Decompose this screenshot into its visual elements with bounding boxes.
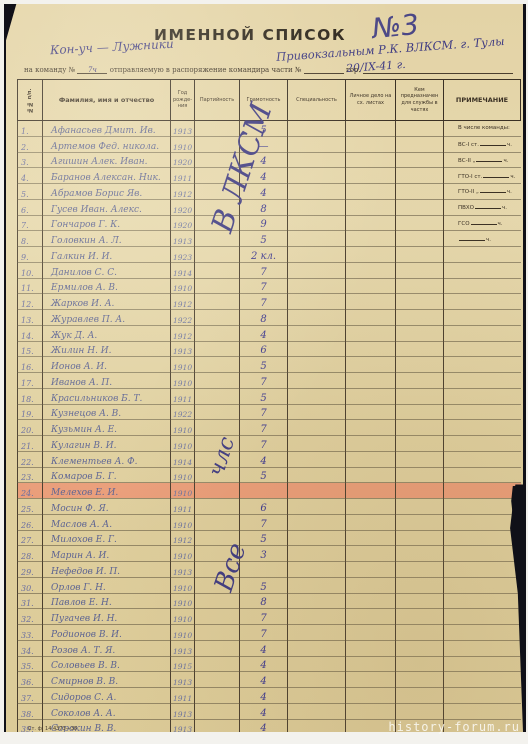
table-row: 3.Агишин Алек. Иван.19204ВС-II „ч. (18, 152, 521, 168)
table-row: 29.Нефедов И. П.1913 (18, 562, 521, 578)
col-header-name: Фамилия, имя и отчество (43, 80, 171, 121)
note-cell (444, 703, 521, 719)
row-number: 10. (18, 262, 43, 278)
row-specialty (288, 136, 346, 152)
row-assignment (396, 404, 444, 420)
note-item-label: ВС-I ст. (458, 142, 479, 148)
row-personal-file (346, 325, 396, 341)
row-birth-year: 1910 (171, 609, 195, 625)
col-header-assignment: Кем предназначен для службы в частях (396, 80, 444, 121)
row-birth-year: 1913 (171, 703, 195, 719)
row-personal-file (346, 499, 396, 515)
row-personal-file (346, 199, 396, 215)
row-birth-year: 1910 (171, 625, 195, 641)
row-name: Жук Д. А. (43, 325, 171, 341)
row-personal-file (346, 467, 396, 483)
note-cell (444, 609, 521, 625)
row-personal-file (346, 451, 396, 467)
row-specialty (288, 262, 346, 278)
note-item: ВС-I ст.ч. (444, 136, 521, 152)
note-cell (444, 593, 521, 609)
row-name: Орлов Г. Н. (43, 577, 171, 593)
row-specialty (288, 451, 346, 467)
table-row: 31.Павлов Е. Н.19108 (18, 593, 521, 609)
row-literacy: 2 кл. (240, 247, 288, 263)
row-birth-year: 1910 (171, 420, 195, 436)
table-row: 7.Гончаров Г. К.19209ГСОч. (18, 215, 521, 231)
row-specialty (288, 593, 346, 609)
row-party (195, 499, 240, 515)
row-literacy: 4 (240, 325, 288, 341)
note-blank (480, 187, 506, 193)
table-row: 30.Орлов Г. Н.19105 (18, 577, 521, 593)
row-number: 37. (18, 688, 43, 704)
row-birth-year: 1913 (171, 640, 195, 656)
row-personal-file (346, 184, 396, 200)
row-specialty (288, 231, 346, 247)
row-specialty (288, 436, 346, 452)
row-literacy: 7 (240, 278, 288, 294)
row-assignment (396, 247, 444, 263)
row-assignment (396, 136, 444, 152)
row-assignment (396, 483, 444, 499)
row-number: 11. (18, 278, 43, 294)
row-party (195, 310, 240, 326)
row-personal-file (346, 420, 396, 436)
row-number: 27. (18, 530, 43, 546)
row-personal-file (346, 136, 396, 152)
row-party (195, 357, 240, 373)
row-name: Кулагин В. И. (43, 436, 171, 452)
row-personal-file (346, 609, 396, 625)
row-number: 4. (18, 168, 43, 184)
row-birth-year: 1914 (171, 262, 195, 278)
table-row: 25.Мосин Ф. Я.19116 (18, 499, 521, 515)
row-specialty (288, 562, 346, 578)
row-party (195, 262, 240, 278)
row-literacy: 7 (240, 262, 288, 278)
row-party (195, 247, 240, 263)
row-name: Марин А. И. (43, 546, 171, 562)
row-specialty (288, 184, 346, 200)
row-birth-year: 1910 (171, 136, 195, 152)
row-name: Красильников Б. Т. (43, 388, 171, 404)
note-cell (444, 420, 521, 436)
note-cell (444, 625, 521, 641)
row-assignment (396, 499, 444, 515)
row-number: 24. (18, 483, 43, 499)
row-specialty (288, 703, 346, 719)
row-birth-year: 1920 (171, 152, 195, 168)
unit-number-blank (304, 66, 344, 74)
table-row: 15.Жилин Н. И.19136 (18, 341, 521, 357)
note-item-label: ГТО-II „ (458, 189, 479, 195)
row-name: Баранов Алексан. Ник. (43, 168, 171, 184)
row-assignment (396, 451, 444, 467)
row-personal-file (346, 640, 396, 656)
note-blank (476, 156, 502, 162)
row-number: 28. (18, 546, 43, 562)
row-number: 21. (18, 436, 43, 452)
row-specialty (288, 672, 346, 688)
row-number: 30. (18, 577, 43, 593)
note-cell (444, 483, 521, 499)
row-assignment (396, 152, 444, 168)
row-assignment (396, 325, 444, 341)
row-personal-file (346, 121, 396, 137)
table-row: 13.Журавлев П. А.19228 (18, 310, 521, 326)
row-specialty (288, 199, 346, 215)
row-personal-file (346, 168, 396, 184)
row-assignment (396, 436, 444, 452)
note-cell (444, 373, 521, 389)
document-title: ИМЕННОЙ СПИСОК (154, 26, 346, 44)
table-row: 21.Кулагин В. И.19107 (18, 436, 521, 452)
row-literacy: 4 (240, 656, 288, 672)
row-number: 7. (18, 215, 43, 231)
row-literacy: 7 (240, 514, 288, 530)
col-header-note: ПРИМЕЧАНИЕ (444, 80, 521, 121)
row-assignment (396, 546, 444, 562)
note-cell (444, 562, 521, 578)
table-row: 18.Красильников Б. Т.19115 (18, 388, 521, 404)
row-name: Пугачев И. Н. (43, 609, 171, 625)
row-assignment (396, 530, 444, 546)
row-party (195, 609, 240, 625)
row-party (195, 703, 240, 719)
row-birth-year: 1910 (171, 278, 195, 294)
row-assignment (396, 562, 444, 578)
row-personal-file (346, 483, 396, 499)
row-birth-year: 1913 (171, 341, 195, 357)
row-birth-year: 1910 (171, 467, 195, 483)
row-assignment (396, 514, 444, 530)
row-personal-file (346, 152, 396, 168)
row-name: Сидоров С. А. (43, 688, 171, 704)
row-specialty (288, 530, 346, 546)
row-assignment (396, 231, 444, 247)
table-row: 16.Ионов А. И.19105 (18, 357, 521, 373)
command-middle: отправляемую в распоряжение командира ча… (110, 66, 302, 74)
row-literacy: 8 (240, 593, 288, 609)
table-row: 32.Пугачев И. Н.19107 (18, 609, 521, 625)
row-specialty (288, 152, 346, 168)
row-literacy: 6 (240, 341, 288, 357)
row-number: 29. (18, 562, 43, 578)
row-name: Соколов А. А. (43, 703, 171, 719)
row-party (195, 688, 240, 704)
row-literacy: 7 (240, 436, 288, 452)
note-cell (444, 688, 521, 704)
note-unit: ч. (498, 221, 503, 227)
row-name: Иванов А. П. (43, 373, 171, 389)
note-unit: ч. (507, 142, 512, 148)
row-literacy: 4 (240, 451, 288, 467)
row-assignment (396, 310, 444, 326)
note-cell (444, 278, 521, 294)
row-literacy: 7 (240, 404, 288, 420)
form-code: Ст. ф. 14 4373—38 (28, 726, 77, 732)
table-row: 11.Ермилов А. В.19107 (18, 278, 521, 294)
table-row: 27.Милохов Е. Г.19125 (18, 530, 521, 546)
row-personal-file (346, 215, 396, 231)
row-assignment (396, 388, 444, 404)
row-number: 19. (18, 404, 43, 420)
row-name: Афанасьев Дмит. Ив. (43, 121, 171, 137)
row-personal-file (346, 672, 396, 688)
row-number: 8. (18, 231, 43, 247)
row-name: Абрамов Бориc Яв. (43, 184, 171, 200)
row-birth-year: 1915 (171, 656, 195, 672)
row-assignment (396, 467, 444, 483)
row-specialty (288, 278, 346, 294)
row-number: 15. (18, 341, 43, 357)
table-row: 6.Гусев Иван. Алекс.19208ПВХОч. (18, 199, 521, 215)
row-specialty (288, 577, 346, 593)
row-specialty (288, 467, 346, 483)
note-cell (444, 247, 521, 263)
row-specialty (288, 357, 346, 373)
row-personal-file (346, 514, 396, 530)
row-name: Головкин А. Л. (43, 231, 171, 247)
row-personal-file (346, 656, 396, 672)
row-assignment (396, 294, 444, 310)
row-assignment (396, 341, 444, 357)
table-row: 23.Комаров Б. Г.19105 (18, 467, 521, 483)
row-specialty (288, 483, 346, 499)
row-number: 34. (18, 640, 43, 656)
row-assignment (396, 121, 444, 137)
table-row: 4.Баранов Алексан. Ник.19114ГТО-I ст.ч. (18, 168, 521, 184)
row-personal-file (346, 247, 396, 263)
row-birth-year: 1913 (171, 121, 195, 137)
row-party (195, 514, 240, 530)
row-party (195, 278, 240, 294)
row-party (195, 341, 240, 357)
note-item-label: ВС-II „ (458, 158, 475, 164)
row-birth-year: 1910 (171, 436, 195, 452)
row-birth-year: 1912 (171, 325, 195, 341)
row-literacy: 8 (240, 310, 288, 326)
row-birth-year: 1920 (171, 199, 195, 215)
row-number: 17. (18, 373, 43, 389)
row-personal-file (346, 546, 396, 562)
row-number: 32. (18, 609, 43, 625)
row-party (195, 656, 240, 672)
row-number: 33. (18, 625, 43, 641)
note-cell (444, 294, 521, 310)
row-assignment (396, 625, 444, 641)
note-cell (444, 640, 521, 656)
row-birth-year: 1922 (171, 404, 195, 420)
col-header-personal-file: Личное дело на сх. листах (346, 80, 396, 121)
row-literacy: 4 (240, 688, 288, 704)
row-personal-file (346, 231, 396, 247)
table-row: 9.Галкин И. И.19232 кл. (18, 247, 521, 263)
row-personal-file (346, 562, 396, 578)
row-party (195, 404, 240, 420)
table-row: 28.Марин А. И.19103 (18, 546, 521, 562)
row-specialty (288, 609, 346, 625)
row-party (195, 640, 240, 656)
row-name: Агишин Алек. Иван. (43, 152, 171, 168)
row-name: Жарков И. А. (43, 294, 171, 310)
row-personal-file (346, 530, 396, 546)
row-name: Журавлев П. А. (43, 310, 171, 326)
table-row: 24.Мелехов Е. И.1910 (18, 483, 521, 499)
row-birth-year: 1912 (171, 294, 195, 310)
row-name: Кузнецов А. В. (43, 404, 171, 420)
row-party (195, 672, 240, 688)
note-cell (444, 341, 521, 357)
row-number: 2. (18, 136, 43, 152)
row-birth-year: 1910 (171, 593, 195, 609)
row-number: 13. (18, 310, 43, 326)
note-blank (475, 203, 501, 209)
row-number: 9. (18, 247, 43, 263)
table-row: 19.Кузнецов А. В.19227 (18, 404, 521, 420)
row-personal-file (346, 577, 396, 593)
row-assignment (396, 168, 444, 184)
row-assignment (396, 420, 444, 436)
note-unit: ч. (503, 158, 508, 164)
row-specialty (288, 499, 346, 515)
row-personal-file (346, 593, 396, 609)
note-cell (444, 404, 521, 420)
row-name: Павлов Е. Н. (43, 593, 171, 609)
row-name: Розов А. Т. Я. (43, 640, 171, 656)
row-birth-year: 1913 (171, 231, 195, 247)
note-cell (444, 310, 521, 326)
row-literacy: 7 (240, 294, 288, 310)
row-number: 5. (18, 184, 43, 200)
row-specialty (288, 404, 346, 420)
row-literacy: 7 (240, 609, 288, 625)
row-birth-year: 1922 (171, 310, 195, 326)
row-number: 1. (18, 121, 43, 137)
row-number: 25. (18, 499, 43, 515)
row-literacy: 9 (240, 215, 288, 231)
row-party (195, 388, 240, 404)
table-row: 34.Розов А. Т. Я.19134 (18, 640, 521, 656)
row-birth-year: 1913 (171, 672, 195, 688)
row-number: 6. (18, 199, 43, 215)
row-personal-file (346, 373, 396, 389)
row-specialty (288, 168, 346, 184)
row-name: Милохов Е. Г. (43, 530, 171, 546)
table-row: 8.Головкин А. Л.19135ч. (18, 231, 521, 247)
row-literacy: 5 (240, 577, 288, 593)
note-item: ВС-II „ч. (444, 152, 521, 168)
row-literacy: 5 (240, 357, 288, 373)
row-name: Клементьев А. Ф. (43, 451, 171, 467)
note-item: ГСОч. (444, 215, 521, 231)
row-number: 3. (18, 152, 43, 168)
row-name: Гусев Иван. Алекс. (43, 199, 171, 215)
row-assignment (396, 262, 444, 278)
note-unit: ч. (502, 205, 507, 211)
note-cell (444, 388, 521, 404)
row-birth-year: 1913 (171, 562, 195, 578)
row-party (195, 294, 240, 310)
row-party (195, 373, 240, 389)
row-specialty (288, 310, 346, 326)
row-name: Кузьмин А. Е. (43, 420, 171, 436)
note-cell (444, 436, 521, 452)
row-assignment (396, 688, 444, 704)
table-row: 5.Абрамов Бориc Яв.19124ГТО-II „ч. (18, 184, 521, 200)
row-personal-file (346, 262, 396, 278)
document-page: №3 ИМЕННОЙ СПИСОК Кон-уч — Лужники Приво… (6, 4, 523, 732)
row-specialty (288, 215, 346, 231)
col-header-specialty: Специальность (288, 80, 346, 121)
row-specialty (288, 640, 346, 656)
row-number: 35. (18, 656, 43, 672)
note-cell (444, 451, 521, 467)
row-number: 18. (18, 388, 43, 404)
note-cell (444, 672, 521, 688)
row-literacy: 4 (240, 640, 288, 656)
row-assignment (396, 656, 444, 672)
row-number: 20. (18, 420, 43, 436)
row-personal-file (346, 357, 396, 373)
row-name: Данилов С. С. (43, 262, 171, 278)
row-assignment (396, 703, 444, 719)
row-specialty (288, 625, 346, 641)
row-number: 12. (18, 294, 43, 310)
watermark: history-forum.ru (388, 720, 520, 734)
note-item: ГТО-I ст.ч. (444, 168, 521, 184)
note-cell (444, 262, 521, 278)
row-name: Мелехов Е. И. (43, 483, 171, 499)
note-unit: ч. (486, 237, 491, 243)
row-personal-file (346, 688, 396, 704)
row-party (195, 593, 240, 609)
table-row: 26.Маслов А. А.19107 (18, 514, 521, 530)
row-birth-year: 1911 (171, 388, 195, 404)
row-birth-year: 1910 (171, 546, 195, 562)
row-name: Галкин И. И. (43, 247, 171, 263)
row-name: Жилин Н. И. (43, 341, 171, 357)
row-birth-year: 1911 (171, 499, 195, 515)
row-personal-file (346, 404, 396, 420)
command-suffix: гор. (346, 66, 361, 74)
row-assignment (396, 593, 444, 609)
row-specialty (288, 294, 346, 310)
row-specialty (288, 719, 346, 732)
command-number: 7ч (77, 66, 107, 74)
row-assignment (396, 215, 444, 231)
row-party (195, 625, 240, 641)
row-specialty (288, 373, 346, 389)
row-name: Ионов А. И. (43, 357, 171, 373)
row-birth-year: 1914 (171, 451, 195, 467)
row-birth-year: 1912 (171, 184, 195, 200)
col-header-birth-year: Год рожде-ния (171, 80, 195, 121)
row-birth-year: 1910 (171, 577, 195, 593)
row-number: 31. (18, 593, 43, 609)
note-cell (444, 325, 521, 341)
table-row: 17.Иванов А. П.19107 (18, 373, 521, 389)
note-item-label: ПВХО (458, 205, 474, 211)
row-personal-file (346, 341, 396, 357)
row-number: 26. (18, 514, 43, 530)
row-party (195, 121, 240, 137)
row-name: Родионов В. И. (43, 625, 171, 641)
row-literacy: 7 (240, 420, 288, 436)
row-literacy (240, 483, 288, 499)
command-prefix: на команду № (24, 66, 75, 74)
